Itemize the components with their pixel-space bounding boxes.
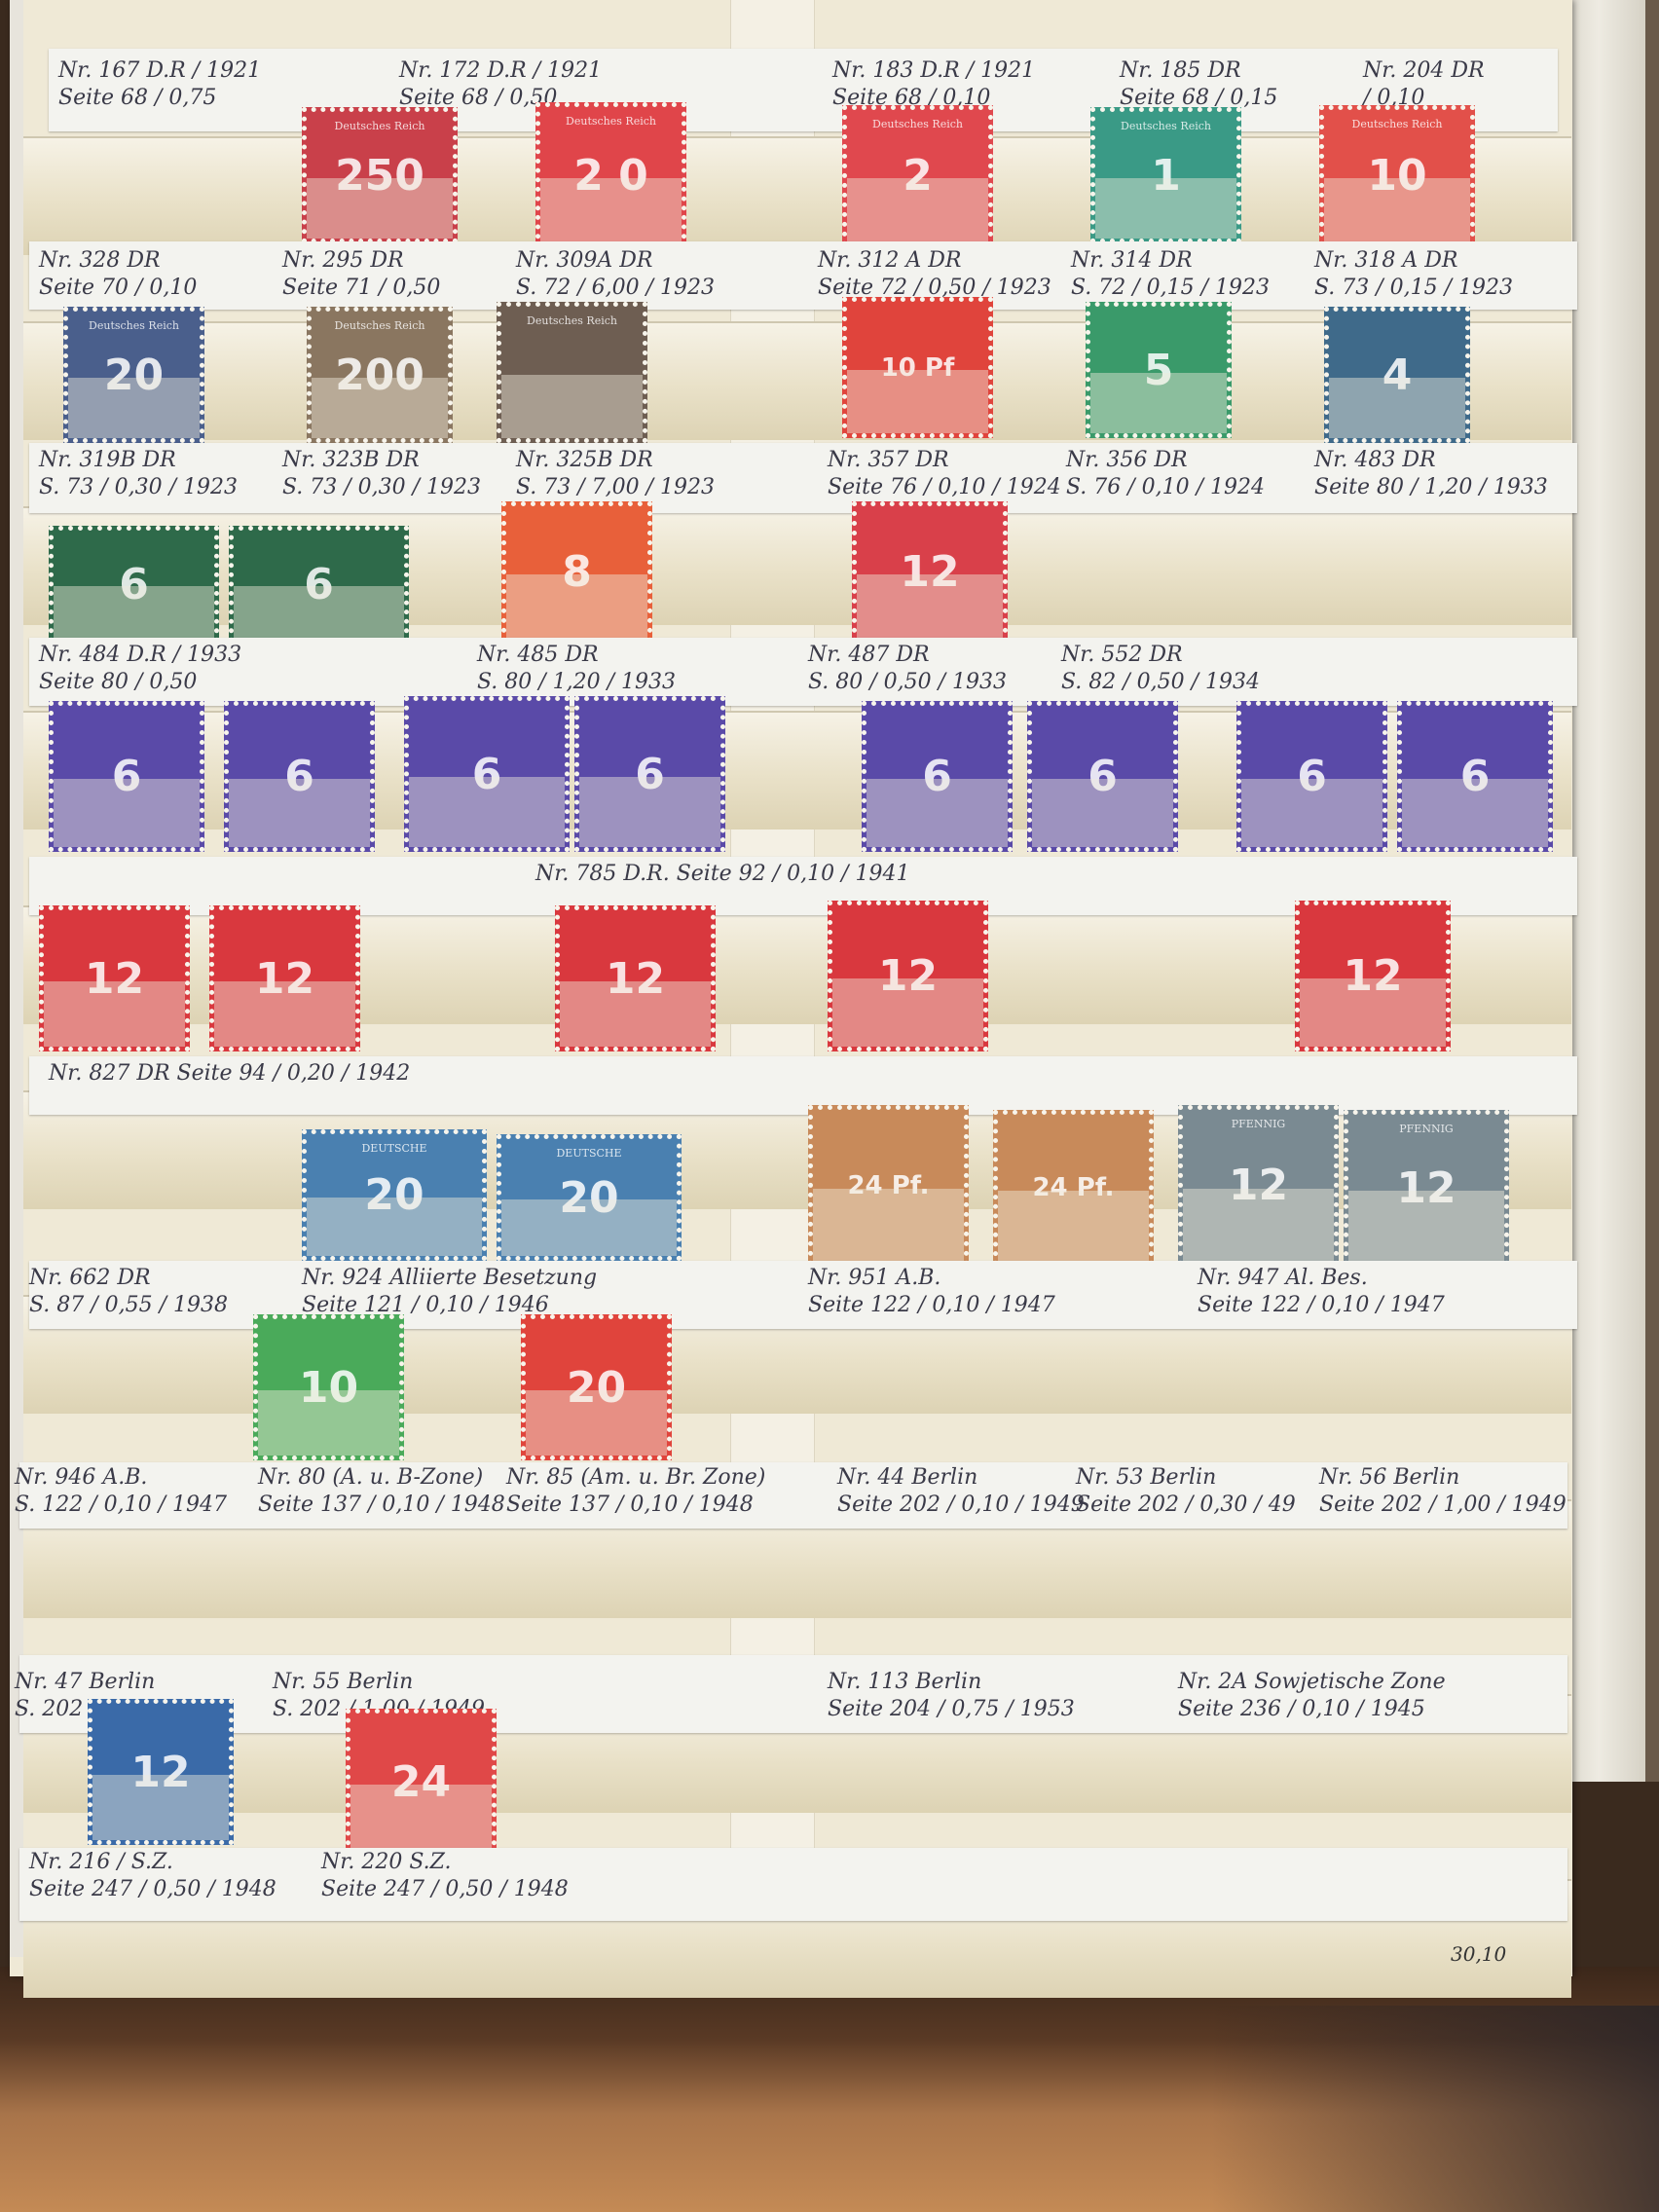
catalogue-label: Nr. 946 A.B.S. 122 / 0,10 / 1947 xyxy=(15,1464,227,1519)
catalogue-label: Nr. 325B DRS. 73 / 7,00 / 1923 xyxy=(516,447,715,501)
label-number: Nr. 172 D.R / 1921 xyxy=(399,57,602,85)
label-number: Nr. 319B DR xyxy=(39,447,238,474)
postage-stamp[interactable]: 6 xyxy=(49,701,204,852)
postage-stamp[interactable]: 6 xyxy=(49,526,219,643)
catalogue-label: Nr. 220 S.Z.Seite 247 / 0,50 / 1948 xyxy=(321,1849,569,1903)
label-number: Nr. 485 DR xyxy=(477,642,676,669)
label-catalogue-ref: Seite 137 / 0,10 / 1948 xyxy=(506,1492,765,1519)
label-number: Nr. 113 Berlin xyxy=(828,1669,1075,1696)
catalogue-label: Nr. 357 DRSeite 76 / 0,10 / 1924 xyxy=(828,447,1061,501)
postage-stamp[interactable]: DEUTSCHE20 xyxy=(497,1134,682,1261)
label-number: Nr. 55 Berlin xyxy=(273,1669,485,1696)
postage-stamp[interactable]: 12 xyxy=(828,901,988,1051)
label-catalogue-ref: Seite 76 / 0,10 / 1924 xyxy=(828,474,1061,501)
postage-stamp[interactable]: 12 xyxy=(39,905,190,1051)
postage-stamp[interactable]: DEUTSCHE20 xyxy=(302,1129,487,1261)
glassine-pocket xyxy=(857,574,1003,638)
label-number: Nr. 662 DR xyxy=(29,1265,228,1292)
catalogue-label: Nr. 487 DRS. 80 / 0,50 / 1933 xyxy=(808,642,1007,696)
glassine-pocket xyxy=(350,1785,492,1850)
glassine-pocket xyxy=(92,1775,229,1840)
label-number: Nr. 487 DR xyxy=(808,642,1007,669)
postage-stamp[interactable]: Deutsches Reich250 xyxy=(302,107,458,243)
label-number: Nr. 328 DR xyxy=(39,247,197,275)
postage-stamp[interactable]: PFENNIG12 xyxy=(1178,1105,1339,1266)
catalogue-label: Nr. 947 Al. Bes.Seite 122 / 0,10 / 1947 xyxy=(1198,1265,1445,1319)
label-catalogue-ref: S. 82 / 0,50 / 1934 xyxy=(1061,669,1260,696)
label-catalogue-ref: S. 80 / 0,50 / 1933 xyxy=(808,669,1007,696)
label-number: Nr. 53 Berlin xyxy=(1076,1464,1296,1492)
postage-stamp[interactable]: Deutsches Reich1 xyxy=(1090,107,1241,243)
label-number: Nr. 483 DR xyxy=(1314,447,1548,474)
glassine-pocket xyxy=(998,1191,1149,1261)
glassine-pocket xyxy=(44,981,185,1047)
postage-stamp[interactable]: 6 xyxy=(404,696,570,852)
label-catalogue-ref: S. 87 / 0,55 / 1938 xyxy=(29,1292,228,1319)
catalogue-label: Nr. 328 DRSeite 70 / 0,10 xyxy=(39,247,197,302)
glassine-pocket xyxy=(1324,178,1470,241)
glassine-pocket xyxy=(312,378,448,438)
postage-stamp[interactable]: Deutsches Reich xyxy=(497,302,647,443)
postage-stamp[interactable]: Deutsches Reich10 xyxy=(1319,105,1475,246)
label-number: Nr. 924 Alliierte Besetzung xyxy=(302,1265,597,1292)
postage-stamp[interactable]: 12 xyxy=(852,501,1008,643)
glassine-pocket xyxy=(68,378,200,438)
label-catalogue-ref: Seite 236 / 0,10 / 1945 xyxy=(1178,1696,1446,1723)
postage-stamp[interactable]: 24 Pf. xyxy=(808,1105,969,1266)
label-number: Nr. 785 D.R. Seite 92 / 0,10 / 1941 xyxy=(535,861,909,888)
glassine-pocket xyxy=(866,779,1008,847)
stamp-caption: Deutsches Reich xyxy=(847,118,988,130)
glassine-pocket xyxy=(1183,1189,1334,1261)
glassine-pocket xyxy=(214,981,355,1047)
glassine-pocket xyxy=(409,777,565,847)
glassine-pocket xyxy=(1300,978,1446,1047)
label-catalogue-ref: S. 73 / 0,15 / 1923 xyxy=(1314,275,1513,302)
label-number: Nr. 44 Berlin xyxy=(837,1464,1085,1492)
postage-stamp[interactable]: 6 xyxy=(224,701,375,852)
label-catalogue-ref: Seite 80 / 1,20 / 1933 xyxy=(1314,474,1548,501)
glassine-pocket xyxy=(54,586,214,638)
catalogue-label: Nr. 204 DR/ 0,10 xyxy=(1363,57,1485,112)
catalogue-label: Nr. 485 DRS. 80 / 1,20 / 1933 xyxy=(477,642,676,696)
label-number: Nr. 183 D.R / 1921 xyxy=(832,57,1035,85)
label-catalogue-ref: Seite 204 / 0,75 / 1953 xyxy=(828,1696,1075,1723)
postage-stamp[interactable]: Deutsches Reich2 0 xyxy=(535,102,686,248)
label-strip xyxy=(29,638,1577,706)
catalogue-label: Nr. 185 DRSeite 68 / 0,15 xyxy=(1120,57,1277,112)
catalogue-label: Nr. 319B DRS. 73 / 0,30 / 1923 xyxy=(39,447,238,501)
postage-stamp[interactable]: 12 xyxy=(88,1699,234,1845)
label-number: Nr. 325B DR xyxy=(516,447,715,474)
glassine-pocket xyxy=(526,1390,667,1456)
label-number: Nr. 295 DR xyxy=(282,247,440,275)
label-number: Nr. 946 A.B. xyxy=(15,1464,227,1492)
postage-stamp[interactable]: PFENNIG12 xyxy=(1344,1110,1509,1266)
label-number: Nr. 484 D.R / 1933 xyxy=(39,642,241,669)
glassine-pocket xyxy=(229,779,370,847)
postage-stamp[interactable]: 24 xyxy=(346,1709,497,1855)
catalogue-label: Nr. 44 BerlinSeite 202 / 0,10 / 1949 xyxy=(837,1464,1085,1519)
label-number: Nr. 85 (Am. u. Br. Zone) xyxy=(506,1464,765,1492)
postage-stamp[interactable]: 12 xyxy=(555,905,716,1051)
catalogue-label: Nr. 484 D.R / 1933Seite 80 / 0,50 xyxy=(39,642,241,696)
stamp-caption: Deutsches Reich xyxy=(540,115,682,128)
glassine-pocket xyxy=(847,178,988,241)
glassine-pocket xyxy=(1095,178,1236,239)
label-catalogue-ref: Seite 68 / 0,75 xyxy=(58,85,261,112)
glassine-pocket xyxy=(506,574,647,638)
glassine-pocket xyxy=(307,178,453,239)
label-number: Nr. 80 (A. u. B-Zone) xyxy=(258,1464,505,1492)
label-number: Nr. 947 Al. Bes. xyxy=(1198,1265,1445,1292)
catalogue-label: Nr. 2A Sowjetische ZoneSeite 236 / 0,10 … xyxy=(1178,1669,1446,1723)
catalogue-label: Nr. 56 BerlinSeite 202 / 1,00 / 1949 xyxy=(1319,1464,1567,1519)
postage-stamp[interactable]: 24 Pf. xyxy=(993,1110,1154,1266)
postage-stamp[interactable]: 10 xyxy=(253,1314,404,1460)
catalogue-label: Nr. 295 DRSeite 71 / 0,50 xyxy=(282,247,440,302)
catalogue-label: Nr. 85 (Am. u. Br. Zone)Seite 137 / 0,10… xyxy=(506,1464,765,1519)
label-number: Nr. 314 DR xyxy=(1071,247,1270,275)
stamp-caption: DEUTSCHE xyxy=(501,1147,677,1160)
postage-stamp[interactable]: 6 xyxy=(1236,701,1387,852)
catalogue-label: Nr. 167 D.R / 1921Seite 68 / 0,75 xyxy=(58,57,261,112)
label-catalogue-ref: Seite 122 / 0,10 / 1947 xyxy=(1198,1292,1445,1319)
glassine-pocket xyxy=(1032,779,1173,847)
catalogue-label: Nr. 323B DRS. 73 / 0,30 / 1923 xyxy=(282,447,481,501)
postage-stamp[interactable]: 6 xyxy=(574,696,725,852)
postage-stamp[interactable]: 5 xyxy=(1086,302,1232,438)
glassine-pocket xyxy=(813,1189,964,1261)
stamp-caption: PFENNIG xyxy=(1348,1123,1504,1135)
catalogue-label: Nr. 483 DRSeite 80 / 1,20 / 1933 xyxy=(1314,447,1548,501)
label-number: Nr. 185 DR xyxy=(1120,57,1277,85)
glassine-pocket xyxy=(501,1199,677,1256)
glassine-pocket xyxy=(234,586,404,638)
label-catalogue-ref: Seite 137 / 0,10 / 1948 xyxy=(258,1492,505,1519)
label-number: Nr. 309A DR xyxy=(516,247,715,275)
label-number: Nr. 216 / S.Z. xyxy=(29,1849,276,1876)
label-number: Nr. 47 Berlin xyxy=(15,1669,200,1696)
label-number: Nr. 56 Berlin xyxy=(1319,1464,1567,1492)
glassine-pocket xyxy=(1402,779,1548,847)
label-catalogue-ref: Seite 202 / 1,00 / 1949 xyxy=(1319,1492,1567,1519)
catalogue-label: Nr. 113 BerlinSeite 204 / 0,75 / 1953 xyxy=(828,1669,1075,1723)
label-catalogue-ref: Seite 122 / 0,10 / 1947 xyxy=(808,1292,1055,1319)
label-number: Nr. 204 DR xyxy=(1363,57,1485,85)
postage-stamp[interactable]: 6 xyxy=(862,701,1013,852)
label-number: Nr. 552 DR xyxy=(1061,642,1260,669)
postage-stamp[interactable]: Deutsches Reich20 xyxy=(63,307,204,443)
label-number: Nr. 312 A DR xyxy=(818,247,1051,275)
label-catalogue-ref: Seite 70 / 0,10 xyxy=(39,275,197,302)
stamp-caption: PFENNIG xyxy=(1183,1118,1334,1130)
glassine-pocket xyxy=(1090,373,1227,433)
stamp-caption: Deutsches Reich xyxy=(307,120,453,132)
label-catalogue-ref: Seite 202 / 0,10 / 1949 xyxy=(837,1492,1085,1519)
label-catalogue-ref: Seite 247 / 0,50 / 1948 xyxy=(321,1876,569,1903)
catalogue-label: Nr. 552 DRS. 82 / 0,50 / 1934 xyxy=(1061,642,1260,696)
label-catalogue-ref: S. 122 / 0,10 / 1947 xyxy=(15,1492,227,1519)
glassine-pocket xyxy=(307,1198,482,1256)
stock-book-page: Nr. 167 D.R / 1921Seite 68 / 0,75Nr. 172… xyxy=(10,0,1572,1976)
label-number: Nr. 2A Sowjetische Zone xyxy=(1178,1669,1446,1696)
postage-stamp[interactable]: 4 xyxy=(1324,307,1470,443)
glassine-pocket xyxy=(501,375,643,438)
stamp-caption: Deutsches Reich xyxy=(1324,118,1470,130)
postage-stamp[interactable]: 6 xyxy=(1027,701,1178,852)
label-catalogue-ref: S. 73 / 7,00 / 1923 xyxy=(516,474,715,501)
label-number: Nr. 167 D.R / 1921 xyxy=(58,57,261,85)
label-number: Nr. 827 DR Seite 94 / 0,20 / 1942 xyxy=(49,1060,410,1088)
stamp-caption: Deutsches Reich xyxy=(312,319,448,332)
catalogue-label: Nr. 827 DR Seite 94 / 0,20 / 1942 xyxy=(49,1060,410,1088)
label-catalogue-ref: Seite 247 / 0,50 / 1948 xyxy=(29,1876,276,1903)
postage-stamp[interactable]: Deutsches Reich200 xyxy=(307,307,453,443)
glassine-pocket xyxy=(560,981,711,1047)
table-shadow xyxy=(1211,2006,1659,2212)
stamp-caption: DEUTSCHE xyxy=(307,1142,482,1155)
glassine-pocket xyxy=(258,1390,399,1456)
glassine-pocket xyxy=(540,178,682,243)
postage-stamp[interactable]: 10 Pf xyxy=(842,297,993,438)
catalogue-label: Nr. 951 A.B.Seite 122 / 0,10 / 1947 xyxy=(808,1265,1055,1319)
glassine-pocket xyxy=(54,779,200,847)
catalogue-label: Nr. 216 / S.Z.Seite 247 / 0,50 / 1948 xyxy=(29,1849,276,1903)
postage-stamp[interactable]: 8 xyxy=(501,501,652,643)
postage-stamp[interactable]: 6 xyxy=(229,526,409,643)
catalogue-label: Nr. 80 (A. u. B-Zone)Seite 137 / 0,10 / … xyxy=(258,1464,505,1519)
catalogue-label: Nr. 662 DRS. 87 / 0,55 / 1938 xyxy=(29,1265,228,1319)
catalogue-label: Nr. 309A DRS. 72 / 6,00 / 1923 xyxy=(516,247,715,302)
glassine-pocket xyxy=(1329,378,1465,438)
label-catalogue-ref: Seite 202 / 0,30 / 49 xyxy=(1076,1492,1296,1519)
catalogue-label: Nr. 356 DRS. 76 / 0,10 / 1924 xyxy=(1066,447,1265,501)
label-catalogue-ref: S. 73 / 0,30 / 1923 xyxy=(39,474,238,501)
label-number: Nr. 356 DR xyxy=(1066,447,1265,474)
stamp-caption: Deutsches Reich xyxy=(68,319,200,332)
postage-stamp[interactable]: Deutsches Reich2 xyxy=(842,105,993,246)
album-cover-edge xyxy=(1645,0,1659,1782)
catalogue-label: Nr. 924 Alliierte BesetzungSeite 121 / 0… xyxy=(302,1265,597,1319)
label-number: Nr. 318 A DR xyxy=(1314,247,1513,275)
label-number: Nr. 323B DR xyxy=(282,447,481,474)
stamp-caption: Deutsches Reich xyxy=(1095,120,1236,132)
catalogue-label: Nr. 183 D.R / 1921Seite 68 / 0,10 xyxy=(832,57,1035,112)
label-catalogue-ref: S. 72 / 0,15 / 1923 xyxy=(1071,275,1270,302)
label-number: Nr. 357 DR xyxy=(828,447,1061,474)
stamp-caption: Deutsches Reich xyxy=(501,314,643,327)
glassine-pocket xyxy=(1348,1191,1504,1261)
label-catalogue-ref: S. 76 / 0,10 / 1924 xyxy=(1066,474,1265,501)
postage-stamp[interactable]: 20 xyxy=(521,1314,672,1460)
label-catalogue-ref: S. 72 / 6,00 / 1923 xyxy=(516,275,715,302)
catalogue-label: Nr. 312 A DRSeite 72 / 0,50 / 1923 xyxy=(818,247,1051,302)
catalogue-label: Nr. 318 A DRS. 73 / 0,15 / 1923 xyxy=(1314,247,1513,302)
wooden-table xyxy=(0,1967,1659,2212)
label-catalogue-ref: S. 73 / 0,30 / 1923 xyxy=(282,474,481,501)
postage-stamp[interactable]: 12 xyxy=(209,905,360,1051)
label-catalogue-ref: Seite 80 / 0,50 xyxy=(39,669,241,696)
catalogue-label: Nr. 53 BerlinSeite 202 / 0,30 / 49 xyxy=(1076,1464,1296,1519)
glassine-pocket xyxy=(847,370,988,433)
postage-stamp[interactable]: 6 xyxy=(1397,701,1553,852)
catalogue-label: Nr. 314 DRS. 72 / 0,15 / 1923 xyxy=(1071,247,1270,302)
label-catalogue-ref: Seite 71 / 0,50 xyxy=(282,275,440,302)
glassine-pocket xyxy=(579,777,720,847)
page-total: 30,10 xyxy=(1451,1942,1506,1966)
label-number: Nr. 951 A.B. xyxy=(808,1265,1055,1292)
catalogue-label: Nr. 785 D.R. Seite 92 / 0,10 / 1941 xyxy=(535,861,909,888)
glassine-pocket xyxy=(1241,779,1382,847)
label-catalogue-ref: S. 80 / 1,20 / 1933 xyxy=(477,669,676,696)
glassine-pocket xyxy=(832,978,983,1047)
postage-stamp[interactable]: 12 xyxy=(1295,901,1451,1051)
label-number: Nr. 220 S.Z. xyxy=(321,1849,569,1876)
